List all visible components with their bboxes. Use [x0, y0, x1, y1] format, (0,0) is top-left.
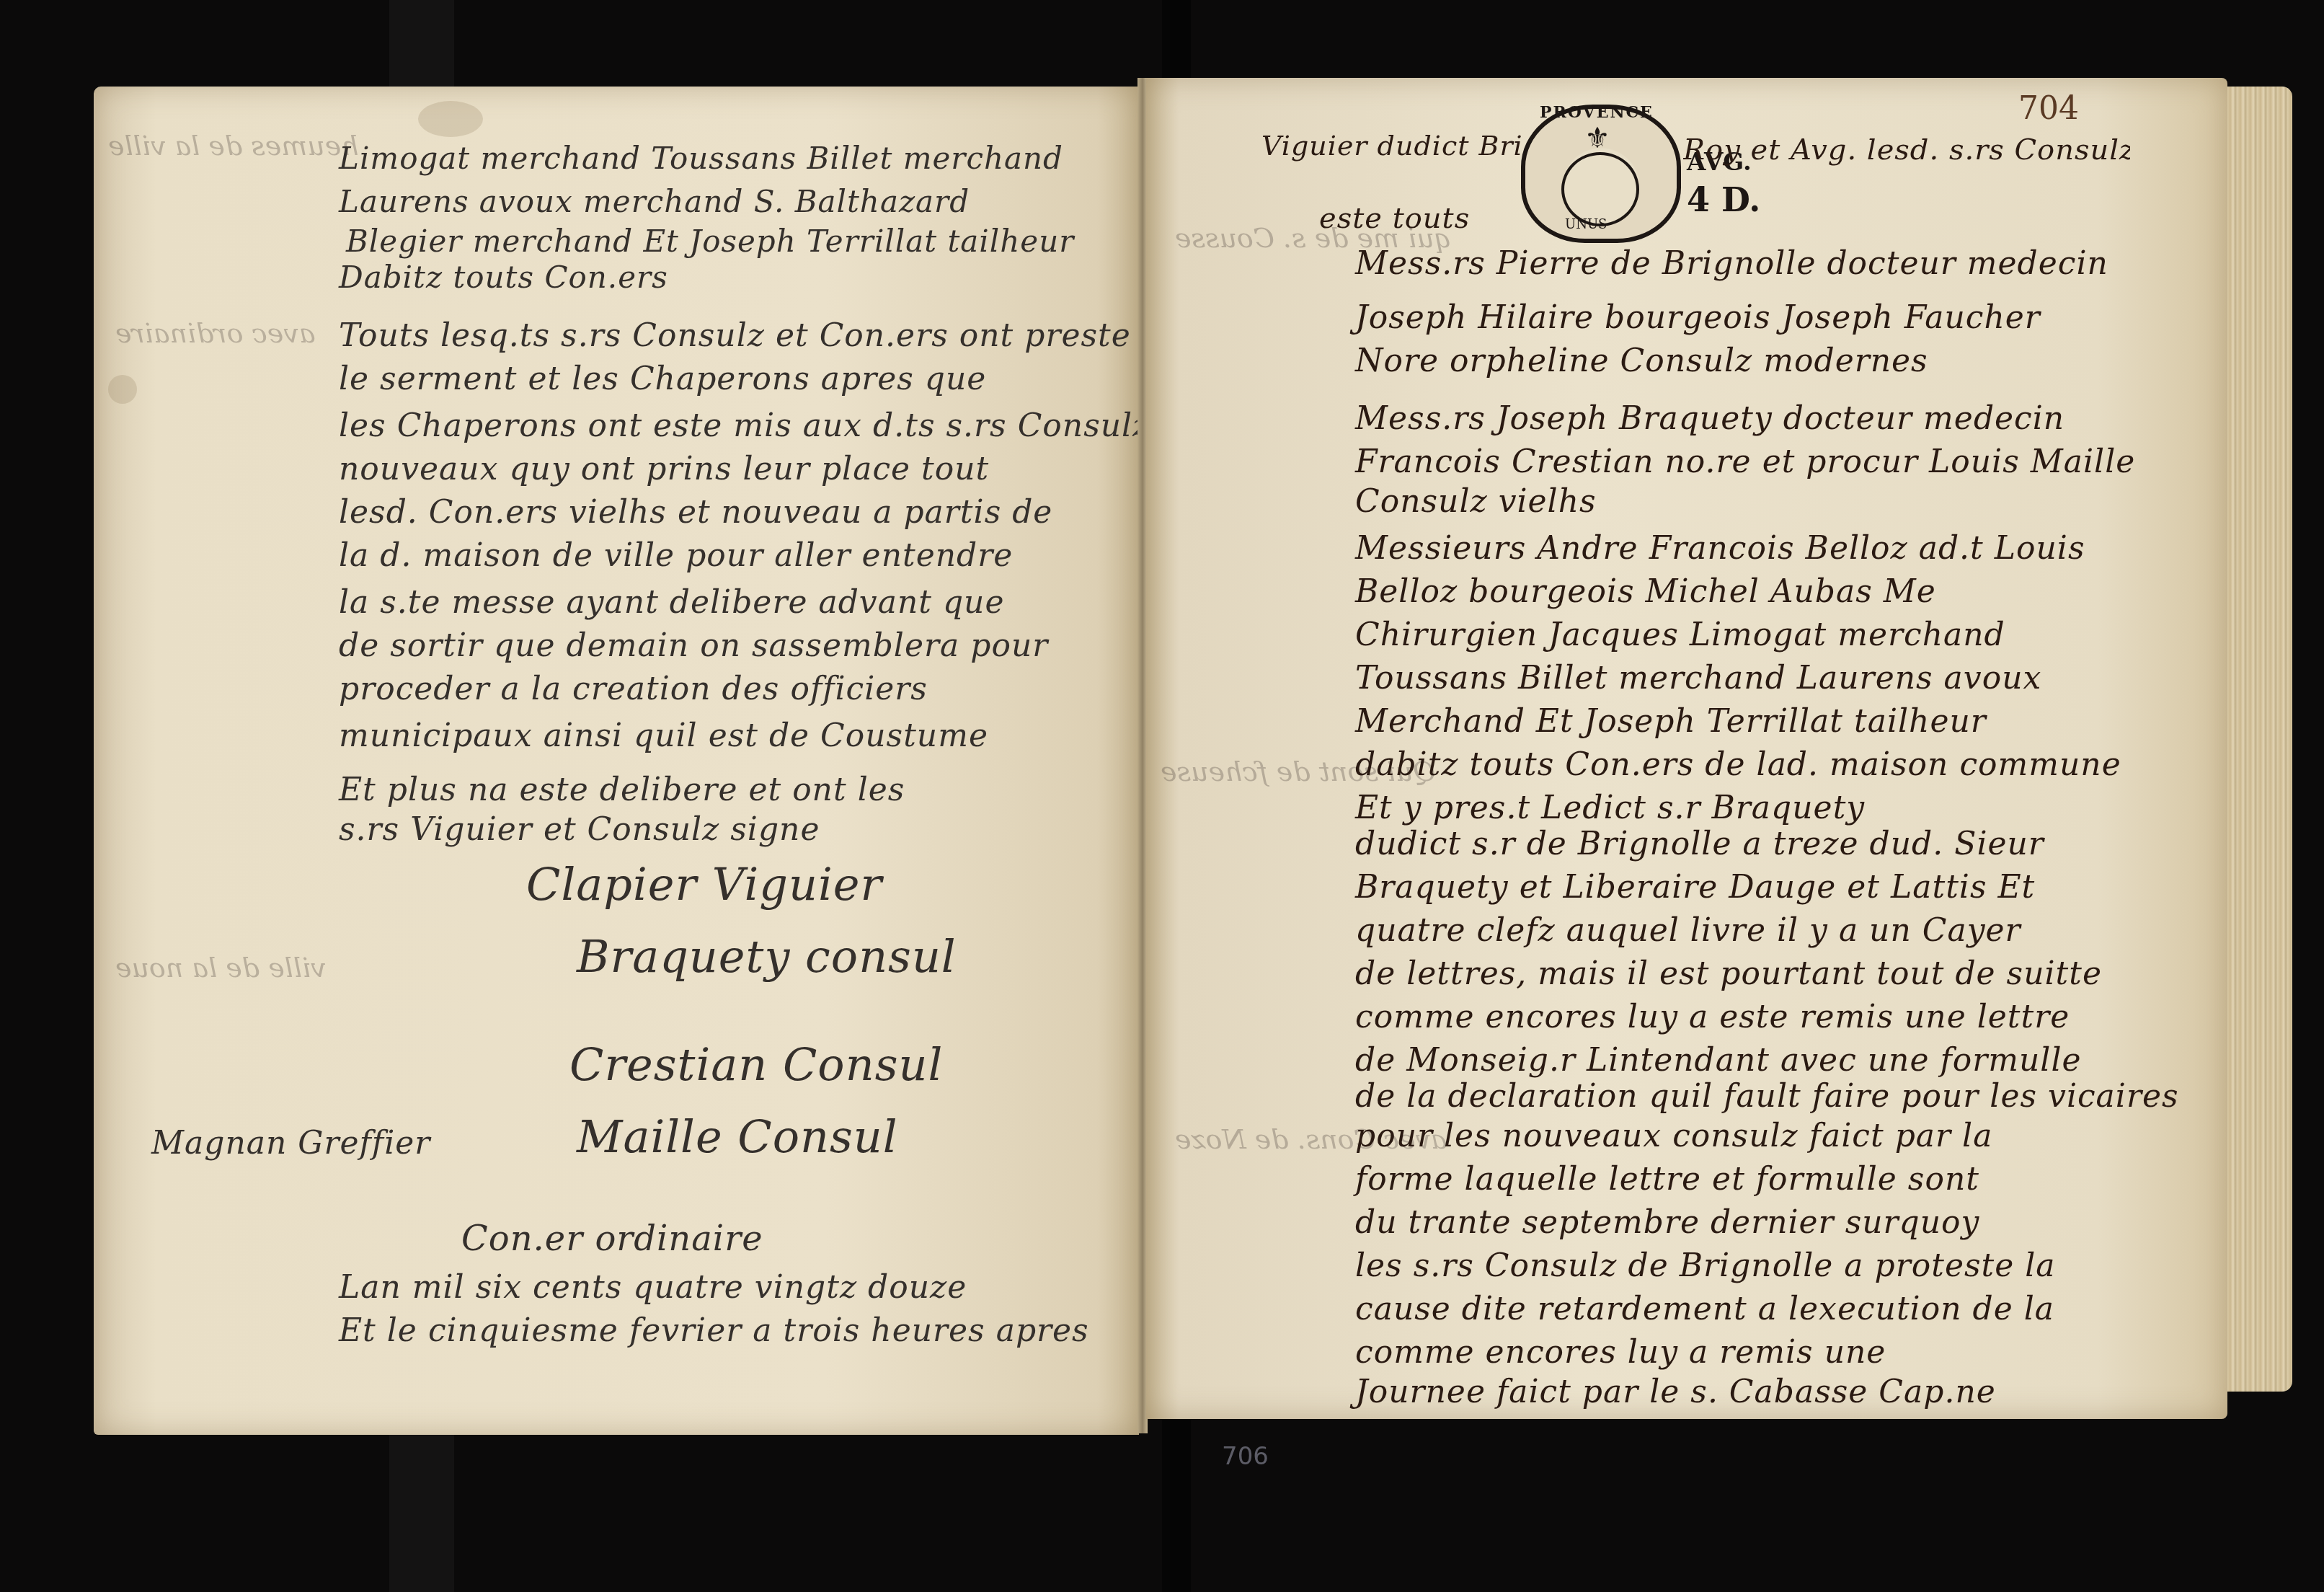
right-line-1: Mess.rs Pierre de Brignolle docteur mede… [1355, 245, 2108, 282]
right-line-24: les s.rs Consulz de Brignolle a proteste… [1355, 1247, 2056, 1284]
left-line-8: nouveaux quy ont prins leur place tout [339, 451, 989, 487]
right-line-9: Chirurgien Jacques Limogat merchand [1355, 616, 2005, 653]
right-line-17: de lettres, mais il est pourtant tout de… [1355, 955, 2102, 992]
stamp-top-text: PROVENCE [1540, 103, 1654, 122]
water-stain [418, 101, 483, 137]
right-line-27: Journee faict par le s. Cabasse Cap.ne [1355, 1374, 1996, 1410]
water-stain [108, 375, 137, 404]
left-line-6: le serment et les Chaperons apres que [339, 361, 986, 397]
left-line-4: Dabitz touts Con.ers [339, 260, 668, 295]
left-line-9: lesd. Con.ers vielhs et nouveau a partis… [339, 494, 1052, 531]
signature-crestian: Crestian Consul [569, 1038, 943, 1091]
fleur-de-lis-icon: ⚜ [1584, 122, 1610, 155]
right-line-20: de la declaration quil fault faire pour … [1355, 1078, 2179, 1115]
right-header-line-3: este touts [1319, 202, 1470, 235]
tax-stamp: PROVENCE ⚜ UNUS [1521, 105, 1681, 243]
right-line-4: Mess.rs Joseph Braquety docteur medecin [1355, 400, 2064, 437]
right-line-26: comme encores luy a remis une [1355, 1334, 1886, 1371]
right-line-16: quatre clefz auquel livre il y a un Caye… [1355, 912, 2021, 949]
right-line-3: Nore orpheline Consulz modernes [1355, 342, 1928, 379]
left-line-16: s.rs Viguier et Consulz signe [339, 811, 820, 848]
signature-maille: Maille Consul [577, 1110, 898, 1163]
left-line-13: proceder a la creation des officiers [339, 671, 928, 707]
pencil-page-number: 706 [1222, 1442, 1269, 1471]
folio-number: 704 [2018, 90, 2079, 127]
left-line-2: Laurens avoux merchand S. Balthazard [339, 184, 970, 219]
signature-braquety: Braquety consul [577, 930, 957, 983]
section-line-1: Lan mil six cents quatre vingtz douze [339, 1269, 967, 1306]
stamp-side-text-2: 4 D. [1687, 180, 1760, 219]
page-edges [2227, 87, 2292, 1392]
bleed-through-text: heumes de la ville [108, 130, 359, 162]
stamp-bottom-text: UNUS [1565, 217, 1607, 232]
right-line-21: pour les nouveaux consulz faict par la [1355, 1118, 1992, 1154]
margin-signature-greffier: Magnan Greffier [151, 1125, 430, 1162]
right-line-14: dudict s.r de Brignolle a treze dud. Sie… [1355, 826, 2044, 862]
signature-clapier: Clapier Viguier [526, 858, 882, 911]
bleed-through-text: avec ordinaire [115, 317, 315, 349]
right-line-10: Toussans Billet merchand Laurens avoux [1355, 660, 2041, 696]
left-line-1: Limogat merchand Toussans Billet merchan… [339, 141, 1063, 176]
stamp-ship-emblem [1561, 152, 1639, 226]
right-line-2: Joseph Hilaire bourgeois Joseph Faucher [1355, 299, 2041, 336]
section-heading-visible: Con.er ordinaire [461, 1219, 763, 1259]
left-line-15: Et plus na este delibere et ont les [339, 771, 905, 808]
right-line-19: de Monseig.r Lintendant avec une formull… [1355, 1042, 2082, 1079]
right-header-line-1: Viguier dudict Brignolle Viguier et lieu… [1261, 130, 1521, 162]
right-line-7: Messieurs Andre Francois Belloz ad.t Lou… [1355, 530, 2085, 567]
left-line-7: les Chaperons ont este mis aux d.ts s.rs… [339, 407, 1150, 444]
section-line-2: Et le cinquiesme fevrier a trois heures … [339, 1312, 1089, 1349]
left-line-10: la d. maison de ville pour aller entendr… [339, 537, 1013, 574]
right-line-8: Belloz bourgeois Michel Aubas Me [1355, 573, 1936, 610]
right-line-15: Braquety et Liberaire Dauge et Lattis Et [1355, 869, 2035, 906]
right-line-6: Consulz vielhs [1355, 483, 1597, 520]
left-line-14: municipaux ainsi quil est de Coustume [339, 717, 988, 754]
right-header-line-2: Roy et Avg. lesd. s.rs Consulz de lad. v… [1683, 133, 2130, 167]
right-line-12: dabitz touts Con.ers de lad. maison comm… [1355, 746, 2121, 783]
right-line-11: Merchand Et Joseph Terrillat tailheur [1355, 703, 1987, 740]
right-line-18: comme encores luy a este remis une lettr… [1355, 999, 2070, 1035]
right-line-22: forme laquelle lettre et formulle sont [1355, 1161, 1979, 1198]
left-line-3: Blegier merchand Et Joseph Terrillat tai… [346, 224, 1074, 259]
left-line-5: Touts lesq.ts s.rs Consulz et Con.ers on… [339, 317, 1131, 354]
right-line-23: du trante septembre dernier surquoy [1355, 1204, 1979, 1241]
right-line-13: Et y pres.t Ledict s.r Braquety [1355, 790, 1865, 826]
left-line-11: la s.te messe ayant delibere advant que [339, 584, 1005, 621]
right-line-5: Francois Crestian no.re et procur Louis … [1355, 443, 2135, 480]
bleed-through-text: ville de la noue [115, 952, 327, 983]
right-line-25: cause dite retardement a lexecution de l… [1355, 1291, 2054, 1327]
